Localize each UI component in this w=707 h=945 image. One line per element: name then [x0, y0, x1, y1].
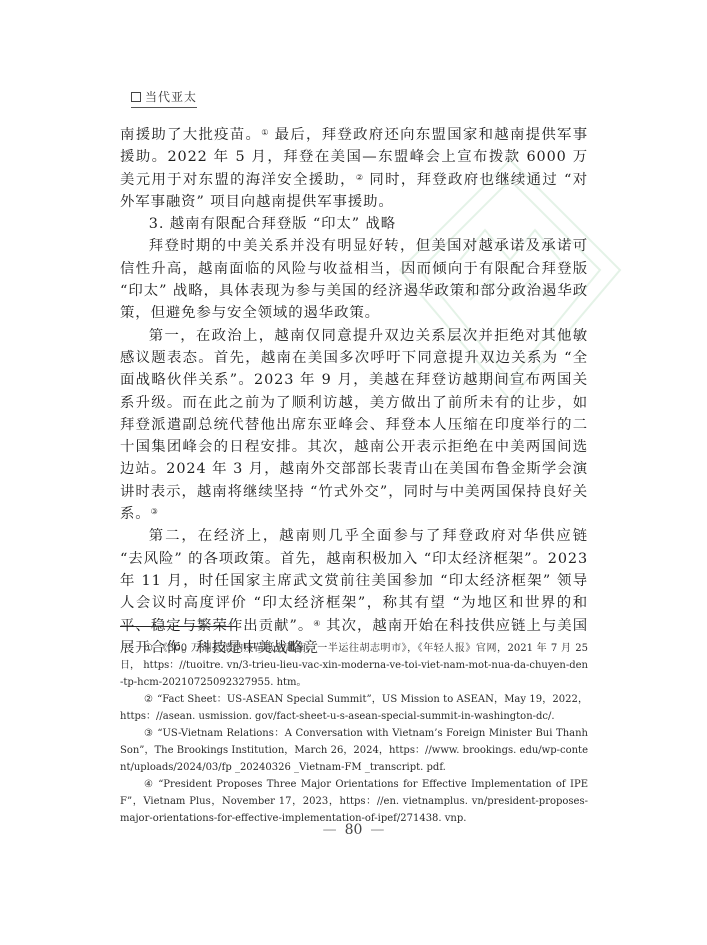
footnotes: ①《300 万剂莫德纳疫苗抵达越南，一半运往胡志明市》，《年轻人报》官网，202… [120, 640, 588, 827]
page-number-value: 80 [345, 822, 363, 838]
footnote-marker: ③ [144, 728, 153, 739]
page-number: —80— [0, 822, 707, 838]
footnote-ref-3[interactable]: ③ [151, 507, 158, 516]
footnote-text: “US-Vietnam Relations：A Conversation wit… [120, 728, 588, 773]
footnote-1: ①《300 万剂莫德纳疫苗抵达越南，一半运往胡志明市》，《年轻人报》官网，202… [120, 640, 588, 691]
paragraph-continuation: 南援助了大批疫苗。① 最后，拜登政府还向东盟国家和越南提供军事援助。2022 年… [120, 124, 588, 213]
square-box-icon [131, 92, 141, 102]
footnote-3: ③“US-Vietnam Relations：A Conversation wi… [120, 725, 588, 776]
footnote-text: 《300 万剂莫德纳疫苗抵达越南，一半运往胡志明市》，《年轻人报》官网，2021… [120, 643, 588, 688]
body-text: 南援助了大批疫苗。① 最后，拜登政府还向东盟国家和越南提供军事援助。2022 年… [120, 124, 588, 659]
footnote-marker: ④ [144, 779, 154, 790]
footnote-2: ②“Fact Sheet：US-ASEAN Special Summit”，US… [120, 691, 588, 725]
footnote-marker: ① [144, 643, 154, 654]
footnote-separator [120, 626, 237, 627]
page-dash-right: — [370, 822, 384, 838]
page-dash-left: — [323, 822, 337, 838]
footnote-marker: ② [144, 694, 153, 705]
footnote-ref-4[interactable]: ④ [313, 619, 320, 628]
paragraph-text: 第一，在政治上，越南仅同意提升双边关系层次并拒绝对其他敏感议题表态。首先，越南在… [120, 328, 588, 522]
paragraph: 拜登时期的中美关系并没有明显好转，但美国对越承诺及承诺可信性升高，越南面临的风险… [120, 235, 588, 324]
journal-title: 当代亚太 [145, 88, 197, 105]
running-head: 当代亚太 [131, 88, 197, 108]
paragraph: 第一，在政治上，越南仅同意提升双边关系层次并拒绝对其他敏感议题表态。首先，越南在… [120, 325, 588, 526]
footnote-4: ④“President Proposes Three Major Orienta… [120, 776, 588, 827]
footnote-text: “Fact Sheet：US-ASEAN Special Summit”，US … [120, 694, 588, 722]
section-heading: 3. 越南有限配合拜登版 “印太” 战略 [120, 213, 588, 235]
footnote-ref-2[interactable]: ② [356, 173, 364, 182]
footnote-ref-1[interactable]: ① [261, 128, 269, 137]
footnote-text: “President Proposes Three Major Orientat… [120, 779, 588, 824]
paragraph-text: 南援助了大批疫苗。 [120, 127, 261, 143]
